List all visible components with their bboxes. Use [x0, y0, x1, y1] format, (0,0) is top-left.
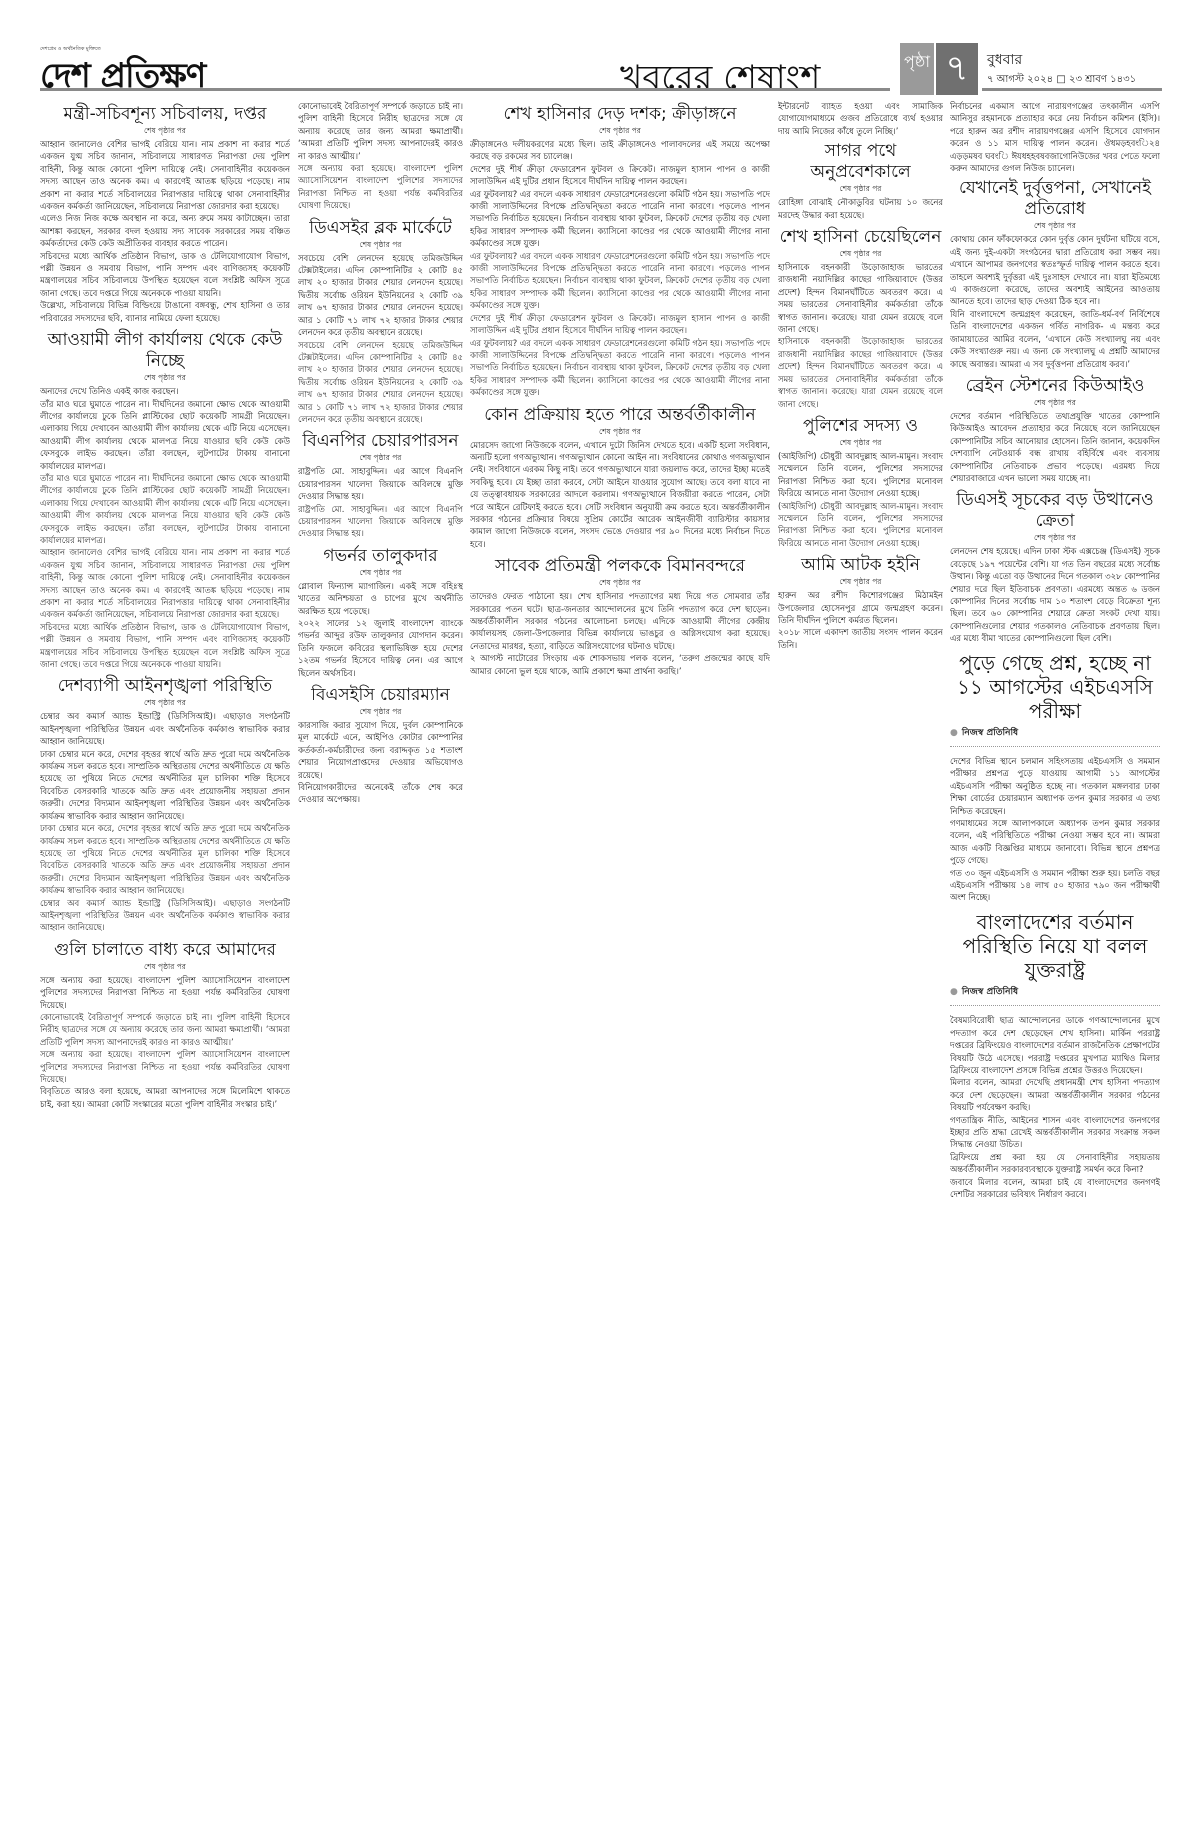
continuation-label: শেষ পৃষ্ঠার পর: [298, 567, 463, 578]
continuation-label: শেষ পৃষ্ঠার পর: [40, 697, 290, 708]
paragraph: কোনোভাবেই বৈরিতাপূর্ণ সম্পর্কে জড়াতে চা…: [40, 1011, 290, 1048]
paragraph: চেম্বার অব কমার্স অ্যান্ড ইন্ডাস্ট্রি (ড…: [40, 710, 290, 747]
headline[interactable]: দেশব্যাপী আইনশৃঙ্খলা পরিস্থিতি: [40, 676, 290, 697]
paragraph: এর ফুটবলায়? এর বদলে একক সাধারণ ফেডারেশন…: [470, 337, 770, 399]
paragraph: বিনিয়োগকারীদের অনেকেই তাঁকে শেষ করে দেও…: [298, 781, 463, 806]
page-label: পৃষ্ঠা: [900, 43, 934, 95]
paragraph: আহ্বান জানালেও বেশির ভাগই বেরিয়ে যান। ন…: [40, 546, 290, 620]
article-us-statement[interactable]: বাংলাদেশের বর্তমান পরিস্থিতি নিয়ে যা বল…: [950, 910, 1160, 1201]
paragraph: এর ফুটবলায়? এর বদলে একক সাধারণ ফেডারেশন…: [470, 250, 770, 312]
paragraph: বিবৃতিতে আরও বলা হয়েছে, আমরা আপনাদের সঙ…: [40, 1085, 290, 1110]
article-no-shooting[interactable]: গুলি চালাতে বাধ্য করে আমাদের শেষ পৃষ্ঠার…: [40, 940, 290, 1110]
paragraph: ২০২২ সালের ১২ জুলাই বাংলাদেশ ব্যাংকে গভর…: [298, 617, 463, 679]
paragraph: চেম্বার অব কমার্স অ্যান্ড ইন্ডাস্ট্রি (ড…: [40, 897, 290, 934]
paragraph: লেনদেন শেষ হয়েছে। এদিন ঢাকা স্টক এক্সচে…: [950, 545, 1160, 644]
paragraph: রাষ্ট্রপতি মো. সাহাবুদ্দিন। এর আগে বিএনপ…: [298, 503, 463, 540]
paragraph: দেশের বর্তমান পরিস্থিতিতে তথ্যপ্রযুক্তি …: [950, 410, 1160, 484]
headline[interactable]: মন্ত্রী-সচিবশূন্য সচিবালয়, দপ্তর: [40, 104, 290, 125]
paragraph: যিনি বাংলাদেশে জন্মগ্রহণ করেছেন, জাতি-ধর…: [950, 308, 1160, 370]
headline[interactable]: ব্রেইন স্টেশনের কিউআইও: [950, 376, 1160, 397]
article-secretariat[interactable]: মন্ত্রী-সচিবশূন্য সচিবালয়, দপ্তর শেষ পৃ…: [40, 104, 290, 324]
paragraph: এর ফুটবলায়? এর বদলে একক সাধারণ ফেডারেশন…: [470, 188, 770, 250]
paragraph: জবাবে মিলার বলেন, আমরা চাই যে বাংলাদেশের…: [950, 1176, 1160, 1201]
headline[interactable]: কোন প্রক্রিয়ায় হতে পারে অন্তর্বর্তীকাল…: [470, 405, 770, 426]
paragraph: বৈষম্যবিরোধী ছাত্র আন্দোলনের ডাকে গণআন্দ…: [950, 1014, 1160, 1076]
continuation-label: শেষ পৃষ্ঠার পর: [470, 577, 770, 588]
paragraph: কোনোভাবেই বৈরিতাপূর্ণ সম্পর্কে জড়াতে চা…: [298, 100, 463, 162]
continuation-label: শেষ পৃষ্ঠার পর: [950, 397, 1160, 408]
paragraph: আহ্বান জানালেও বেশির ভাগই বেরিয়ে যান। ন…: [40, 138, 290, 212]
article-sports[interactable]: শেখ হাসিনার দেড় দশক; ক্রীড়াঙ্গনে শেষ প…: [470, 104, 770, 399]
headline[interactable]: গুলি চালাতে বাধ্য করে আমাদের: [40, 940, 290, 961]
column-1: মন্ত্রী-সচিবশূন্য সচিবালয়, দপ্তর শেষ পৃ…: [40, 100, 290, 1840]
masthead: দেশপ্রেম ও অর্থনৈতিক মুক্তিতে দেশ প্রতিক…: [0, 0, 1200, 95]
paragraph: দেশের দুই শীর্ষ ক্রীড়া ফেডারেশন ফুটবল ও…: [470, 163, 770, 188]
paragraph: গণমাধ্যমের সঙ্গে আলাপকালে অধ্যাপক তপন কু…: [950, 817, 1160, 867]
paragraph: গণতান্ত্রিক নীতি, আইনের শাসন এবং বাংলাদে…: [950, 1114, 1160, 1151]
continuation-label: শেষ পৃষ্ঠার পর: [40, 372, 290, 383]
column-right: নির্বাচনের একমাস আগে নারায়ণগঞ্জের তৎকাল…: [950, 100, 1160, 1840]
article-interim-process[interactable]: কোন প্রক্রিয়ায় হতে পারে অন্তর্বর্তীকাল…: [470, 405, 770, 551]
paragraph: ঢাকা চেম্বার মনে করে, দেশের বৃহত্তর স্বা…: [40, 748, 290, 822]
article-law-order[interactable]: দেশব্যাপী আইনশৃঙ্খলা পরিস্থিতি শেষ পৃষ্ঠ…: [40, 676, 290, 933]
continuation-label: শেষ পৃষ্ঠার পর: [298, 239, 463, 250]
paragraph: সচিবদের মধ্যে আর্থিক প্রতিষ্ঠান বিভাগ, ড…: [40, 250, 290, 300]
headline[interactable]: আওয়ামী লীগ কার্যালয় থেকে কেউ নিচ্ছে: [40, 330, 290, 372]
paragraph: দেশের বিভিন্ন স্থানে চলমান সহিংসতায় এইচ…: [950, 755, 1160, 817]
masthead-rule: [40, 88, 890, 91]
headline[interactable]: পুড়ে গেছে প্রশ্ন, হচ্ছে না ১১ আগস্টের এ…: [950, 651, 1160, 723]
headline[interactable]: সাবেক প্রতিমন্ত্রী পলককে বিমানবন্দরে: [470, 556, 770, 577]
paragraph: সবচেয়ে বেশি লেনদেন হয়েছে তমিজউদ্দিন টে…: [298, 252, 463, 339]
headline[interactable]: যেখানেই দুর্বৃত্তপনা, সেখানেই প্রতিরোধ: [950, 178, 1160, 220]
article-dse-index[interactable]: ডিএসই সূচকের বড় উত্থানেও ক্রেতা শেষ পৃষ…: [950, 490, 1160, 644]
page-number: ৭: [936, 43, 978, 95]
article-resistance-continued[interactable]: নির্বাচনের একমাস আগে নারায়ণগঞ্জের তৎকাল…: [950, 100, 1160, 370]
issue-date: ৭ আগস্ট ২০২৪ □ ২৩ শ্রাবণ ১৪৩১: [987, 72, 1136, 89]
bullet-icon: ●: [950, 728, 958, 738]
column-2: কোনোভাবেই বৈরিতাপূর্ণ সম্পর্কে জড়াতে চা…: [298, 100, 463, 1840]
headline[interactable]: বাংলাদেশের বর্তমান পরিস্থিতি নিয়ে যা বল…: [950, 910, 1160, 982]
paragraph: সবচেয়ে বেশি লেনদেন হয়েছে তমিজউদ্দিন টে…: [298, 339, 463, 426]
date-rule: [982, 88, 1162, 91]
paragraph: তাদেরও ফেরত পাঠানো হয়। শেখ হাসিনার পদত্…: [470, 590, 770, 652]
article-bnp-chair[interactable]: বিএনপির চেয়ারপারসন শেষ পৃষ্ঠার পর রাষ্ট…: [298, 431, 463, 539]
article-awami-office[interactable]: আওয়ামী লীগ কার্যালয় থেকে কেউ নিচ্ছে শে…: [40, 330, 290, 670]
article-dse-block[interactable]: ডিএসইর ব্লক মার্কেটে শেষ পৃষ্ঠার পর সবচে…: [298, 218, 463, 426]
paragraph: তাঁর মাও ঘরে ঘুমাতে পারেন না। দীর্ঘদিনের…: [40, 398, 290, 472]
headline[interactable]: বিএনপির চেয়ারপারসন: [298, 431, 463, 452]
paragraph: ঢাকা চেম্বার মনে করে, দেশের বৃহত্তর স্বা…: [40, 822, 290, 896]
paragraph: অন্যদের দেখে তিনিও একই কাজ করছেন।: [40, 385, 290, 397]
article-palak[interactable]: সাবেক প্রতিমন্ত্রী পলককে বিমানবন্দরে শেষ…: [470, 556, 770, 677]
continuation-label: শেষ পৃষ্ঠার পর: [470, 426, 770, 437]
paragraph: ব্রিফিংয়ে প্রশ্ন করা হয় যে সেনাবাহিনীর…: [950, 1151, 1160, 1176]
column-3: শেখ হাসিনার দেড় দশক; ক্রীড়াঙ্গনে শেষ প…: [470, 100, 770, 1840]
divider: [950, 741, 1160, 747]
headline[interactable]: গভর্নর তালুকদার: [298, 546, 463, 567]
paragraph: মিলার বলেন, আমরা দেখেছি প্রধানমন্ত্রী শে…: [950, 1076, 1160, 1113]
paragraph: ২ আগস্ট নাটোরের সিংড়ায় এক শোকসভায় পলক…: [470, 652, 770, 677]
paragraph: সচিবদের মধ্যে আর্থিক প্রতিষ্ঠান বিভাগ, ড…: [40, 621, 290, 671]
article-bsec-chair[interactable]: বিএসইসি চেয়ারম্যান শেষ পৃষ্ঠার পর কারসা…: [298, 685, 463, 806]
weekday: বুধবার: [987, 48, 1022, 72]
continuation-label: শেষ পৃষ্ঠার পর: [470, 125, 770, 136]
divider: [950, 1000, 1160, 1006]
byline: ●নিজস্ব প্রতিনিধি: [950, 986, 1160, 998]
paragraph: সঙ্গে অন্যায় করা হয়েছে। বাংলাদেশ পুলিশ…: [298, 162, 463, 212]
continuation-label: শেষ পৃষ্ঠার পর: [950, 220, 1160, 231]
paragraph: সঙ্গে অন্যায় করা হয়েছে। বাংলাদেশ পুলিশ…: [40, 1048, 290, 1085]
paragraph: রাষ্ট্রপতি মো. সাহাবুদ্দিন। এর আগে বিএনপ…: [298, 465, 463, 502]
continuation-label: শেষ পৃষ্ঠার পর: [40, 125, 290, 136]
paragraph: নির্বাচনের একমাস আগে নারায়ণগঞ্জের তৎকাল…: [950, 100, 1160, 174]
article-police-statement[interactable]: কোনোভাবেই বৈরিতাপূর্ণ সম্পর্কে জড়াতে চা…: [298, 100, 463, 212]
byline: ●নিজস্ব প্রতিনিধি: [950, 727, 1160, 739]
paragraph: কোথায় কোন ফাঁকফোকরে কোন দুর্বৃত্ত কোন দ…: [950, 233, 1160, 307]
byline-text: নিজস্ব প্রতিনিধি: [962, 987, 1018, 997]
paragraph: উল্লেখ্য, সচিবালয়ে বিভিন্ন বিল্ডিংয়ে ট…: [40, 299, 290, 324]
headline[interactable]: ডিএসই সূচকের বড় উত্থানেও ক্রেতা: [950, 490, 1160, 532]
paragraph: মোরসেদ জাগো নিউজকে বলেন, এখানে দুটো জিনি…: [470, 439, 770, 551]
continuation-label: শেষ পৃষ্ঠার পর: [298, 706, 463, 717]
continuation-label: শেষ পৃষ্ঠার পর: [950, 532, 1160, 543]
paragraph: তাঁর মাও ঘরে ঘুমাতে পারেন না। দীর্ঘদিনের…: [40, 472, 290, 546]
article-governor[interactable]: গভর্নর তালুকদার শেষ পৃষ্ঠার পর গ্লোবাল ফ…: [298, 546, 463, 679]
continuation-label: শেষ পৃষ্ঠার পর: [40, 961, 290, 972]
paragraph: কারসাজি করার সুযোগ দিয়ে, দুর্বল কোম্পান…: [298, 719, 463, 781]
paragraph: গ্লোবাল ফিন্যান্স ম্যাগাজিন। একই সঙ্গে ব…: [298, 580, 463, 617]
paragraph: ক্রীড়াঙ্গনেও দলীয়করণের মধ্যে ছিল। তাই …: [470, 138, 770, 163]
paragraph: গত ৩০ জুন এইচএসসি ও সমমান পরীক্ষা শুরু হ…: [950, 867, 1160, 904]
byline-text: নিজস্ব প্রতিনিধি: [962, 728, 1018, 738]
paragraph: দেশের দুই শীর্ষ ক্রীড়া ফেডারেশন ফুটবল ও…: [470, 312, 770, 337]
bullet-icon: ●: [950, 987, 958, 997]
article-brain-station[interactable]: ব্রেইন স্টেশনের কিউআইও শেষ পৃষ্ঠার পর দে…: [950, 376, 1160, 484]
headline[interactable]: ডিএসইর ব্লক মার্কেটে: [298, 218, 463, 239]
headline[interactable]: শেখ হাসিনার দেড় দশক; ক্রীড়াঙ্গনে: [470, 104, 770, 125]
headline[interactable]: বিএসইসি চেয়ারম্যান: [298, 685, 463, 706]
newspaper-logo[interactable]: দেশ প্রতিক্ষণ: [40, 50, 205, 107]
paragraph: এলেও নিজ নিজ কক্ষে অবস্থান না করে, অন্য …: [40, 212, 290, 249]
continuation-label: শেষ পৃষ্ঠার পর: [298, 452, 463, 463]
paragraph: সঙ্গে অন্যায় করা হয়েছে। বাংলাদেশ পুলিশ…: [40, 974, 290, 1011]
article-hsc-exam[interactable]: পুড়ে গেছে প্রশ্ন, হচ্ছে না ১১ আগস্টের এ…: [950, 651, 1160, 904]
